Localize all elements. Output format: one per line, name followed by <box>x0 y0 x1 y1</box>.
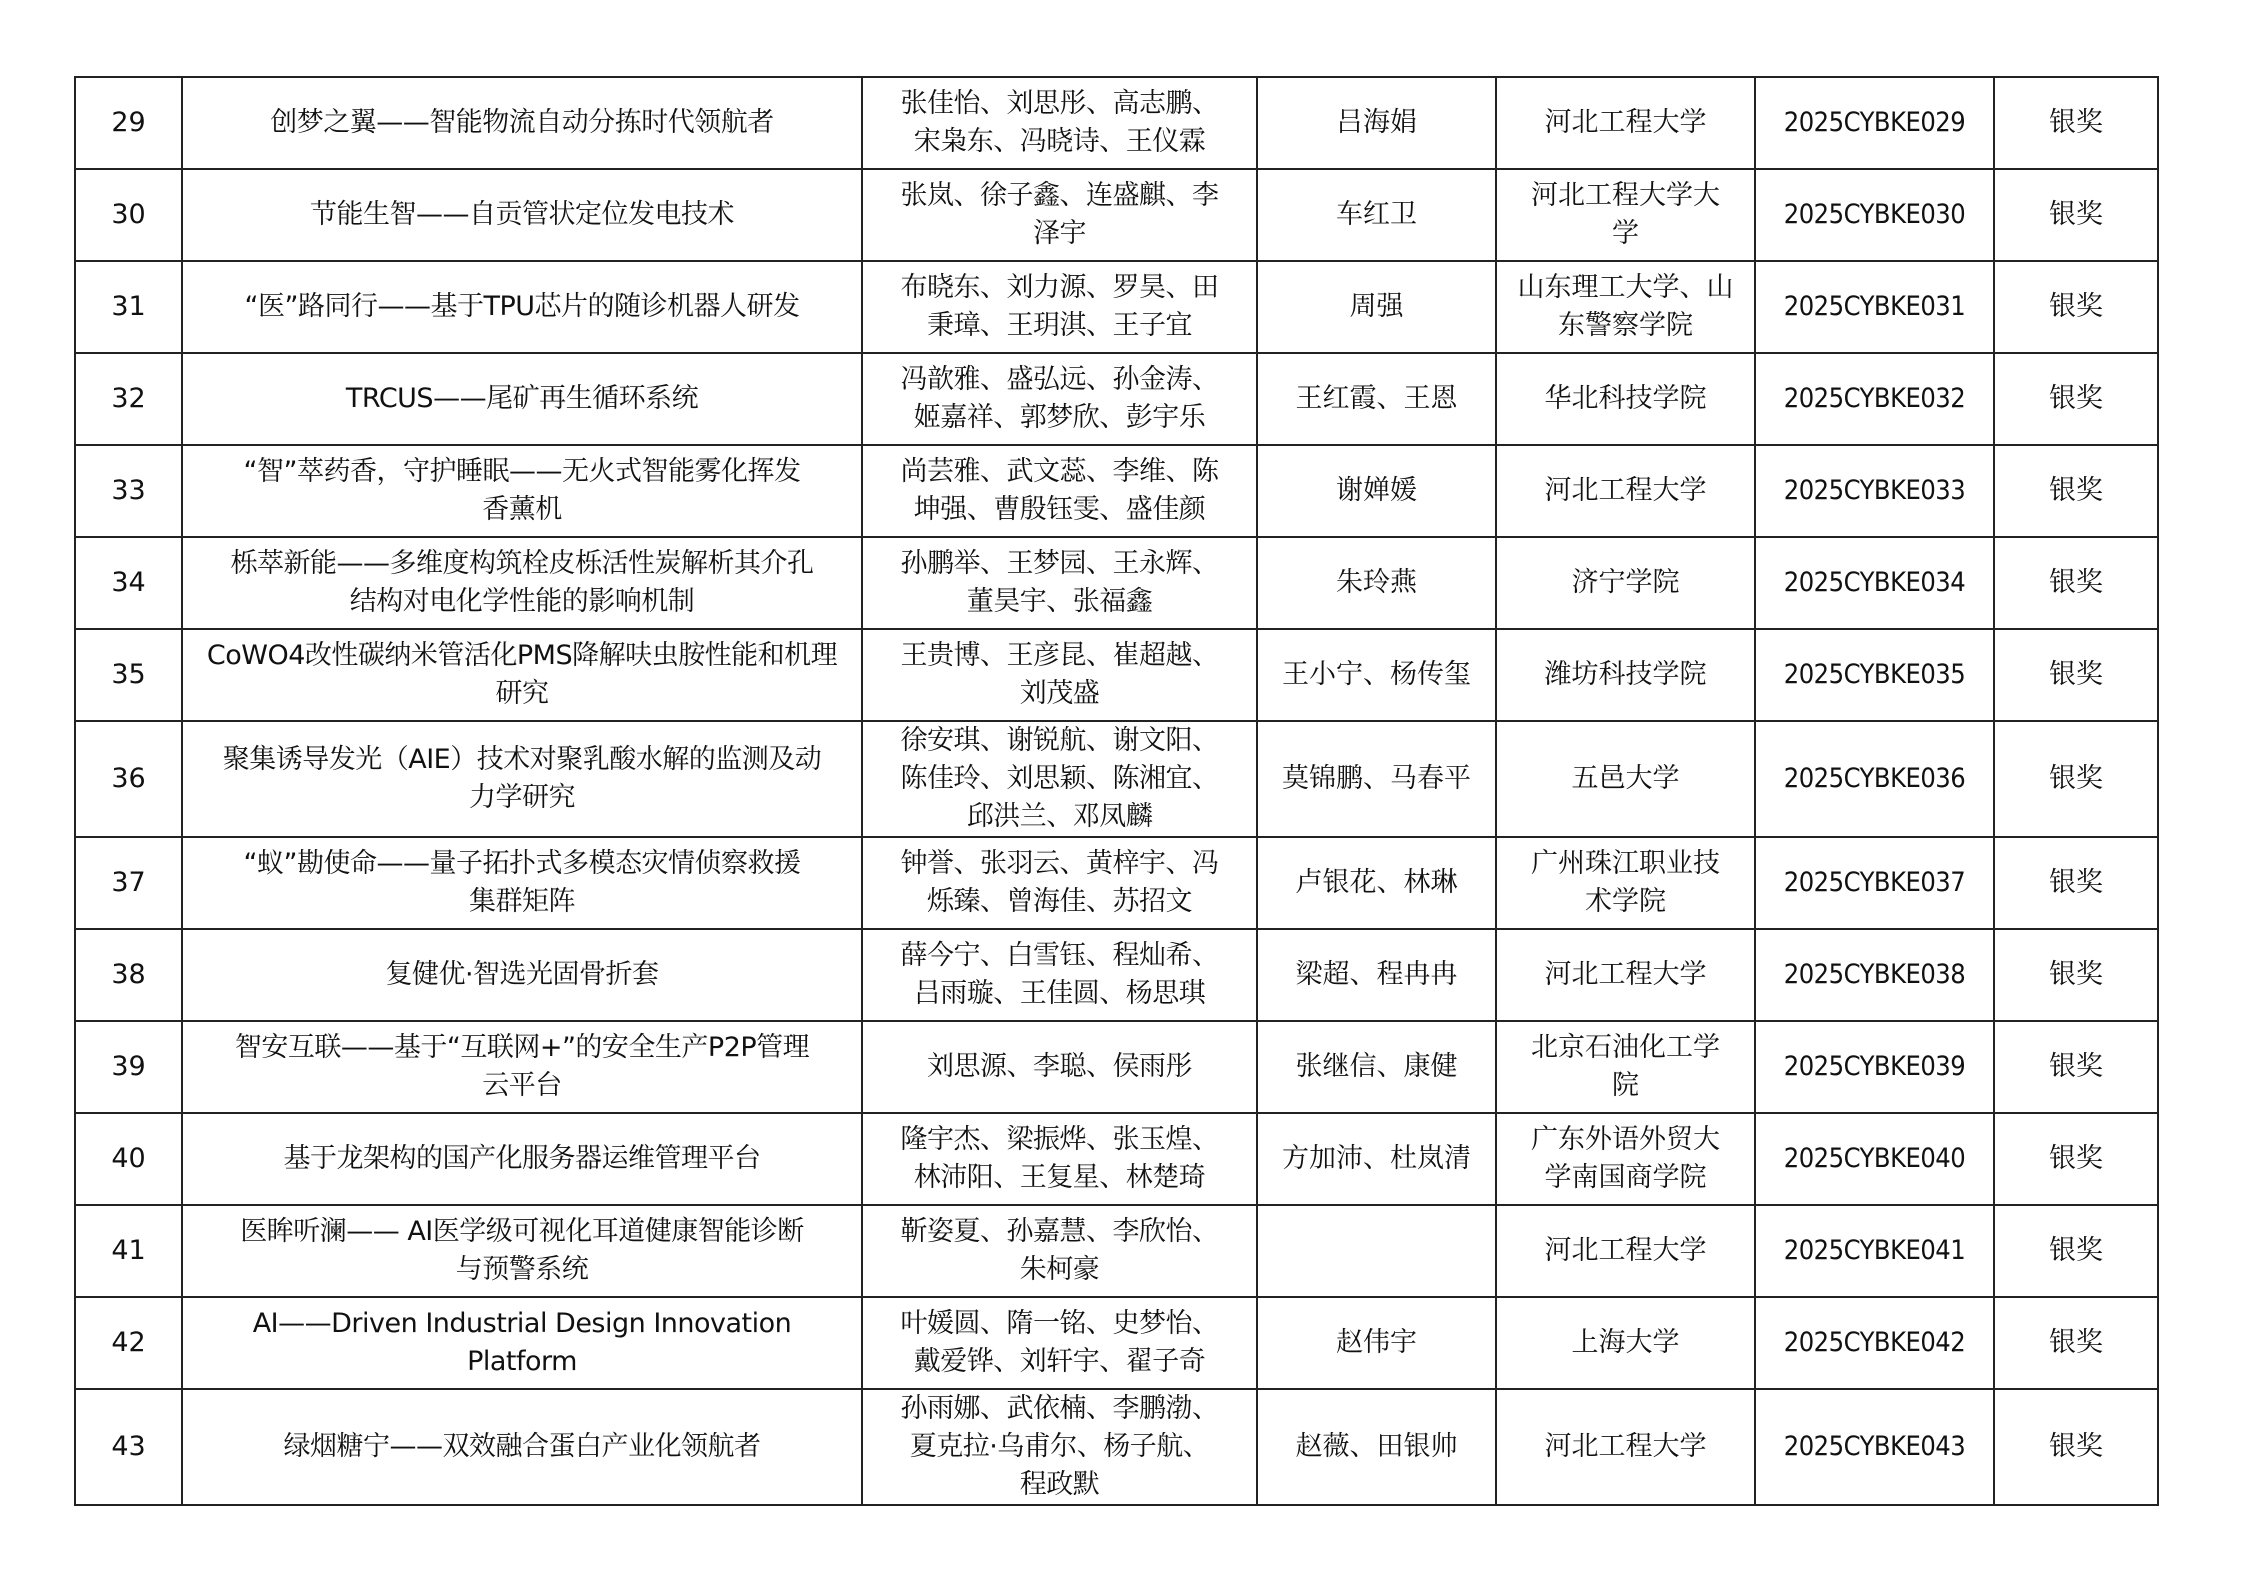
school-cell: 河北工程大学 <box>1496 445 1755 537</box>
project-title-line: Platform <box>191 1343 853 1381</box>
school-cell: 五邑大学 <box>1496 721 1755 837</box>
table-row: 29创梦之翼——智能物流自动分拣时代领航者张佳怡、刘思彤、高志鹏、宋枭东、冯晓诗… <box>75 77 2158 169</box>
row-number-cell: 36 <box>75 721 182 837</box>
team-members-line: 王贵博、王彦昆、崔超越、 <box>871 637 1248 675</box>
team-members-line: 林沛阳、王复星、林楚琦 <box>871 1159 1248 1197</box>
team-members-line: 秉璋、王玥淇、王子宜 <box>871 307 1248 345</box>
table-row: 43绿烟糖宁——双效融合蛋白产业化领航者孙雨娜、武依楠、李鹏渤、夏克拉·乌甫尔、… <box>75 1389 2158 1505</box>
advisor-cell: 方加沛、杜岚清 <box>1257 1113 1496 1205</box>
table-row: 39智安互联——基于“互联网+”的安全生产P2P管理云平台刘思源、李聪、侯雨彤张… <box>75 1021 2158 1113</box>
project-id-cell: 2025CYBKE038 <box>1755 929 1994 1021</box>
project-title-line: 栎萃新能——多维度构筑栓皮栎活性炭解析其介孔 <box>191 545 853 583</box>
award-cell: 银奖 <box>1994 1297 2158 1389</box>
school-line: 华北科技学院 <box>1505 380 1746 418</box>
team-members-cell: 尚芸雅、武文蕊、李维、陈坤强、曹殷钰雯、盛佳颜 <box>862 445 1257 537</box>
school-line: 广州珠江职业技 <box>1505 845 1746 883</box>
row-number-cell: 33 <box>75 445 182 537</box>
team-members-line: 朱柯豪 <box>871 1251 1248 1289</box>
advisor-cell: 张继信、康健 <box>1257 1021 1496 1113</box>
project-id-cell: 2025CYBKE037 <box>1755 837 1994 929</box>
project-title-line: 集群矩阵 <box>191 883 853 921</box>
team-members-line: 刘茂盛 <box>871 675 1248 713</box>
advisor-line: 卢银花、林琳 <box>1266 864 1487 902</box>
award-cell: 银奖 <box>1994 537 2158 629</box>
school-line: 潍坊科技学院 <box>1505 656 1746 694</box>
team-members-line: 泽宇 <box>871 215 1248 253</box>
team-members-line: 薛今宁、白雪钰、程灿希、 <box>871 937 1248 975</box>
table-row: 30节能生智——自贡管状定位发电技术张岚、徐子鑫、连盛麒、李泽宇车红卫河北工程大… <box>75 169 2158 261</box>
advisor-cell: 莫锦鹏、马春平 <box>1257 721 1496 837</box>
team-members-cell: 隆宇杰、梁振烨、张玉煌、林沛阳、王复星、林楚琦 <box>862 1113 1257 1205</box>
project-id-cell: 2025CYBKE032 <box>1755 353 1994 445</box>
project-title-line: 复健优·智选光固骨折套 <box>191 956 853 994</box>
team-members-cell: 薛今宁、白雪钰、程灿希、吕雨璇、王佳圆、杨思琪 <box>862 929 1257 1021</box>
school-cell: 山东理工大学、山东警察学院 <box>1496 261 1755 353</box>
school-line: 河北工程大学 <box>1505 104 1746 142</box>
award-cell: 银奖 <box>1994 77 2158 169</box>
row-number-cell: 38 <box>75 929 182 1021</box>
row-number-cell: 39 <box>75 1021 182 1113</box>
school-line: 上海大学 <box>1505 1324 1746 1362</box>
team-members-line: 程政默 <box>871 1466 1248 1504</box>
project-id-cell: 2025CYBKE035 <box>1755 629 1994 721</box>
row-number-cell: 30 <box>75 169 182 261</box>
table-row: 35CoWO4改性碳纳米管活化PMS降解呋虫胺性能和机理研究王贵博、王彦昆、崔超… <box>75 629 2158 721</box>
advisor-line: 王小宁、杨传玺 <box>1266 656 1487 694</box>
team-members-line: 叶媛圆、隋一铭、史梦怡、 <box>871 1305 1248 1343</box>
project-id-cell: 2025CYBKE040 <box>1755 1113 1994 1205</box>
team-members-line: 隆宇杰、梁振烨、张玉煌、 <box>871 1121 1248 1159</box>
school-line: 北京石油化工学 <box>1505 1029 1746 1067</box>
school-line: 河北工程大学 <box>1505 472 1746 510</box>
table-row: 37“蚁”勘使命——量子拓扑式多模态灾情侦察救援集群矩阵钟誉、张羽云、黄梓宇、冯… <box>75 837 2158 929</box>
team-members-cell: 张佳怡、刘思彤、高志鹏、宋枭东、冯晓诗、王仪霖 <box>862 77 1257 169</box>
advisor-line: 莫锦鹏、马春平 <box>1266 760 1487 798</box>
project-id-cell: 2025CYBKE031 <box>1755 261 1994 353</box>
advisor-cell: 车红卫 <box>1257 169 1496 261</box>
project-id-cell: 2025CYBKE034 <box>1755 537 1994 629</box>
school-cell: 上海大学 <box>1496 1297 1755 1389</box>
team-members-line: 尚芸雅、武文蕊、李维、陈 <box>871 453 1248 491</box>
project-title-line: “蚁”勘使命——量子拓扑式多模态灾情侦察救援 <box>191 845 853 883</box>
team-members-cell: 徐安琪、谢锐航、谢文阳、陈佳玲、刘思颖、陈湘宜、邱洪兰、邓凤麟 <box>862 721 1257 837</box>
table-row: 40基于龙架构的国产化服务器运维管理平台隆宇杰、梁振烨、张玉煌、林沛阳、王复星、… <box>75 1113 2158 1205</box>
project-title-line: 香薰机 <box>191 491 853 529</box>
team-members-line: 孙雨娜、武依楠、李鹏渤、 <box>871 1390 1248 1428</box>
award-cell: 银奖 <box>1994 1205 2158 1297</box>
team-members-cell: 钟誉、张羽云、黄梓宇、冯烁臻、曾海佳、苏招文 <box>862 837 1257 929</box>
project-id-cell: 2025CYBKE029 <box>1755 77 1994 169</box>
project-id-cell: 2025CYBKE043 <box>1755 1389 1994 1505</box>
row-number-cell: 42 <box>75 1297 182 1389</box>
team-members-line: 戴爱铧、刘轩宇、翟子奇 <box>871 1343 1248 1381</box>
school-line: 河北工程大学 <box>1505 1232 1746 1270</box>
team-members-cell: 叶媛圆、隋一铭、史梦怡、戴爱铧、刘轩宇、翟子奇 <box>862 1297 1257 1389</box>
project-title-cell: 基于龙架构的国产化服务器运维管理平台 <box>182 1113 862 1205</box>
project-title-cell: 复健优·智选光固骨折套 <box>182 929 862 1021</box>
team-members-line: 靳姿夏、孙嘉慧、李欣怡、 <box>871 1213 1248 1251</box>
advisor-cell: 周强 <box>1257 261 1496 353</box>
advisor-line: 朱玲燕 <box>1266 564 1487 602</box>
advisor-cell: 赵伟宇 <box>1257 1297 1496 1389</box>
school-line: 学南国商学院 <box>1505 1159 1746 1197</box>
advisor-line: 赵伟宇 <box>1266 1324 1487 1362</box>
row-number-cell: 35 <box>75 629 182 721</box>
row-number-cell: 37 <box>75 837 182 929</box>
team-members-line: 徐安琪、谢锐航、谢文阳、 <box>871 722 1248 760</box>
team-members-cell: 孙鹏举、王梦园、王永辉、董昊宇、张福鑫 <box>862 537 1257 629</box>
advisor-cell: 赵薇、田银帅 <box>1257 1389 1496 1505</box>
school-cell: 广州珠江职业技术学院 <box>1496 837 1755 929</box>
project-title-cell: 创梦之翼——智能物流自动分拣时代领航者 <box>182 77 862 169</box>
team-members-line: 孙鹏举、王梦园、王永辉、 <box>871 545 1248 583</box>
team-members-line: 刘思源、李聪、侯雨彤 <box>871 1048 1248 1086</box>
school-cell: 广东外语外贸大学南国商学院 <box>1496 1113 1755 1205</box>
advisor-cell: 卢银花、林琳 <box>1257 837 1496 929</box>
project-title-cell: “医”路同行——基于TPU芯片的随诊机器人研发 <box>182 261 862 353</box>
team-members-line: 宋枭东、冯晓诗、王仪霖 <box>871 123 1248 161</box>
project-title-line: CoWO4改性碳纳米管活化PMS降解呋虫胺性能和机理 <box>191 637 853 675</box>
project-title-cell: TRCUS——尾矿再生循环系统 <box>182 353 862 445</box>
advisor-line: 张继信、康健 <box>1266 1048 1487 1086</box>
table-row: 41医眸听澜—— AI医学级可视化耳道健康智能诊断与预警系统靳姿夏、孙嘉慧、李欣… <box>75 1205 2158 1297</box>
team-members-cell: 布晓东、刘力源、罗昊、田秉璋、王玥淇、王子宜 <box>862 261 1257 353</box>
school-line: 广东外语外贸大 <box>1505 1121 1746 1159</box>
project-title-cell: 医眸听澜—— AI医学级可视化耳道健康智能诊断与预警系统 <box>182 1205 862 1297</box>
award-cell: 银奖 <box>1994 261 2158 353</box>
school-cell: 河北工程大学大学 <box>1496 169 1755 261</box>
row-number-cell: 34 <box>75 537 182 629</box>
project-id-cell: 2025CYBKE042 <box>1755 1297 1994 1389</box>
award-cell: 银奖 <box>1994 721 2158 837</box>
table-row: 38复健优·智选光固骨折套薛今宁、白雪钰、程灿希、吕雨璇、王佳圆、杨思琪梁超、程… <box>75 929 2158 1021</box>
table-row: 34栎萃新能——多维度构筑栓皮栎活性炭解析其介孔结构对电化学性能的影响机制孙鹏举… <box>75 537 2158 629</box>
advisor-cell: 王红霞、王恩 <box>1257 353 1496 445</box>
project-id-cell: 2025CYBKE030 <box>1755 169 1994 261</box>
school-cell: 河北工程大学 <box>1496 1389 1755 1505</box>
project-title-cell: “蚁”勘使命——量子拓扑式多模态灾情侦察救援集群矩阵 <box>182 837 862 929</box>
advisor-cell: 朱玲燕 <box>1257 537 1496 629</box>
school-line: 河北工程大学 <box>1505 1428 1746 1466</box>
award-cell: 银奖 <box>1994 169 2158 261</box>
team-members-line: 姬嘉祥、郭梦欣、彭宇乐 <box>871 399 1248 437</box>
team-members-line: 张岚、徐子鑫、连盛麒、李 <box>871 177 1248 215</box>
advisor-line: 周强 <box>1266 288 1487 326</box>
award-cell: 银奖 <box>1994 1021 2158 1113</box>
row-number-cell: 29 <box>75 77 182 169</box>
team-members-cell: 靳姿夏、孙嘉慧、李欣怡、朱柯豪 <box>862 1205 1257 1297</box>
advisor-cell: 吕海娟 <box>1257 77 1496 169</box>
project-title-line: 基于龙架构的国产化服务器运维管理平台 <box>191 1140 853 1178</box>
school-cell: 潍坊科技学院 <box>1496 629 1755 721</box>
table-row: 32TRCUS——尾矿再生循环系统冯歆雅、盛弘远、孙金涛、姬嘉祥、郭梦欣、彭宇乐… <box>75 353 2158 445</box>
team-members-line: 董昊宇、张福鑫 <box>871 583 1248 621</box>
project-title-cell: CoWO4改性碳纳米管活化PMS降解呋虫胺性能和机理研究 <box>182 629 862 721</box>
school-line: 河北工程大学大 <box>1505 177 1746 215</box>
project-title-cell: “智”萃药香，守护睡眠——无火式智能雾化挥发香薰机 <box>182 445 862 537</box>
team-members-line: 钟誉、张羽云、黄梓宇、冯 <box>871 845 1248 883</box>
team-members-line: 夏克拉·乌甫尔、杨子航、 <box>871 1428 1248 1466</box>
awards-table: 29创梦之翼——智能物流自动分拣时代领航者张佳怡、刘思彤、高志鹏、宋枭东、冯晓诗… <box>74 76 2159 1506</box>
project-title-cell: 聚集诱导发光（AIE）技术对聚乳酸水解的监测及动力学研究 <box>182 721 862 837</box>
team-members-line: 烁臻、曾海佳、苏招文 <box>871 883 1248 921</box>
project-title-line: 创梦之翼——智能物流自动分拣时代领航者 <box>191 104 853 142</box>
project-title-line: 绿烟糖宁——双效融合蛋白产业化领航者 <box>191 1428 853 1466</box>
table-row: 36聚集诱导发光（AIE）技术对聚乳酸水解的监测及动力学研究徐安琪、谢锐航、谢文… <box>75 721 2158 837</box>
school-cell: 济宁学院 <box>1496 537 1755 629</box>
project-title-line: 结构对电化学性能的影响机制 <box>191 583 853 621</box>
advisor-line: 吕海娟 <box>1266 104 1487 142</box>
school-line: 术学院 <box>1505 883 1746 921</box>
project-title-cell: 智安互联——基于“互联网+”的安全生产P2P管理云平台 <box>182 1021 862 1113</box>
advisor-line: 王红霞、王恩 <box>1266 380 1487 418</box>
school-cell: 华北科技学院 <box>1496 353 1755 445</box>
advisor-cell <box>1257 1205 1496 1297</box>
project-title-cell: AI——Driven Industrial Design InnovationP… <box>182 1297 862 1389</box>
school-line: 学 <box>1505 215 1746 253</box>
award-cell: 银奖 <box>1994 837 2158 929</box>
award-cell: 银奖 <box>1994 1113 2158 1205</box>
advisor-cell: 谢婵媛 <box>1257 445 1496 537</box>
team-members-cell: 孙雨娜、武依楠、李鹏渤、夏克拉·乌甫尔、杨子航、程政默 <box>862 1389 1257 1505</box>
project-title-line: 云平台 <box>191 1067 853 1105</box>
award-cell: 银奖 <box>1994 353 2158 445</box>
table-row: 31“医”路同行——基于TPU芯片的随诊机器人研发布晓东、刘力源、罗昊、田秉璋、… <box>75 261 2158 353</box>
row-number-cell: 43 <box>75 1389 182 1505</box>
school-cell: 河北工程大学 <box>1496 929 1755 1021</box>
project-title-line: 智安互联——基于“互联网+”的安全生产P2P管理 <box>191 1029 853 1067</box>
school-line: 山东理工大学、山 <box>1505 269 1746 307</box>
project-title-cell: 栎萃新能——多维度构筑栓皮栎活性炭解析其介孔结构对电化学性能的影响机制 <box>182 537 862 629</box>
advisor-line: 赵薇、田银帅 <box>1266 1428 1487 1466</box>
row-number-cell: 41 <box>75 1205 182 1297</box>
project-title-line: 聚集诱导发光（AIE）技术对聚乳酸水解的监测及动 <box>191 741 853 779</box>
project-title-line: AI——Driven Industrial Design Innovation <box>191 1305 853 1343</box>
team-members-cell: 张岚、徐子鑫、连盛麒、李泽宇 <box>862 169 1257 261</box>
team-members-line: 邱洪兰、邓凤麟 <box>871 798 1248 836</box>
school-line: 东警察学院 <box>1505 307 1746 345</box>
school-cell: 北京石油化工学院 <box>1496 1021 1755 1113</box>
team-members-line: 冯歆雅、盛弘远、孙金涛、 <box>871 361 1248 399</box>
table-row: 42AI——Driven Industrial Design Innovatio… <box>75 1297 2158 1389</box>
team-members-cell: 冯歆雅、盛弘远、孙金涛、姬嘉祥、郭梦欣、彭宇乐 <box>862 353 1257 445</box>
advisor-line: 梁超、程冉冉 <box>1266 956 1487 994</box>
project-title-line: 力学研究 <box>191 779 853 817</box>
project-title-cell: 绿烟糖宁——双效融合蛋白产业化领航者 <box>182 1389 862 1505</box>
project-title-line: TRCUS——尾矿再生循环系统 <box>191 380 853 418</box>
project-id-cell: 2025CYBKE033 <box>1755 445 1994 537</box>
project-title-line: 医眸听澜—— AI医学级可视化耳道健康智能诊断 <box>191 1213 853 1251</box>
project-title-line: “智”萃药香，守护睡眠——无火式智能雾化挥发 <box>191 453 853 491</box>
project-title-line: 研究 <box>191 675 853 713</box>
advisor-cell: 梁超、程冉冉 <box>1257 929 1496 1021</box>
award-cell: 银奖 <box>1994 1389 2158 1505</box>
team-members-line: 张佳怡、刘思彤、高志鹏、 <box>871 85 1248 123</box>
school-line: 河北工程大学 <box>1505 956 1746 994</box>
school-cell: 河北工程大学 <box>1496 1205 1755 1297</box>
advisor-cell: 王小宁、杨传玺 <box>1257 629 1496 721</box>
row-number-cell: 32 <box>75 353 182 445</box>
team-members-line: 陈佳玲、刘思颖、陈湘宜、 <box>871 760 1248 798</box>
project-title-line: 与预警系统 <box>191 1251 853 1289</box>
advisor-line: 方加沛、杜岚清 <box>1266 1140 1487 1178</box>
project-title-line: 节能生智——自贡管状定位发电技术 <box>191 196 853 234</box>
project-title-line: “医”路同行——基于TPU芯片的随诊机器人研发 <box>191 288 853 326</box>
project-title-cell: 节能生智——自贡管状定位发电技术 <box>182 169 862 261</box>
table-row: 33“智”萃药香，守护睡眠——无火式智能雾化挥发香薰机尚芸雅、武文蕊、李维、陈坤… <box>75 445 2158 537</box>
team-members-line: 吕雨璇、王佳圆、杨思琪 <box>871 975 1248 1013</box>
project-id-cell: 2025CYBKE041 <box>1755 1205 1994 1297</box>
awards-table-body: 29创梦之翼——智能物流自动分拣时代领航者张佳怡、刘思彤、高志鹏、宋枭东、冯晓诗… <box>75 77 2158 1505</box>
project-id-cell: 2025CYBKE039 <box>1755 1021 1994 1113</box>
team-members-line: 布晓东、刘力源、罗昊、田 <box>871 269 1248 307</box>
award-cell: 银奖 <box>1994 929 2158 1021</box>
project-id-cell: 2025CYBKE036 <box>1755 721 1994 837</box>
award-cell: 银奖 <box>1994 629 2158 721</box>
school-line: 济宁学院 <box>1505 564 1746 602</box>
school-line: 院 <box>1505 1067 1746 1105</box>
award-cell: 银奖 <box>1994 445 2158 537</box>
advisor-line: 车红卫 <box>1266 196 1487 234</box>
team-members-line: 坤强、曹殷钰雯、盛佳颜 <box>871 491 1248 529</box>
row-number-cell: 40 <box>75 1113 182 1205</box>
school-cell: 河北工程大学 <box>1496 77 1755 169</box>
advisor-line: 谢婵媛 <box>1266 472 1487 510</box>
school-line: 五邑大学 <box>1505 760 1746 798</box>
row-number-cell: 31 <box>75 261 182 353</box>
team-members-cell: 王贵博、王彦昆、崔超越、刘茂盛 <box>862 629 1257 721</box>
team-members-cell: 刘思源、李聪、侯雨彤 <box>862 1021 1257 1113</box>
